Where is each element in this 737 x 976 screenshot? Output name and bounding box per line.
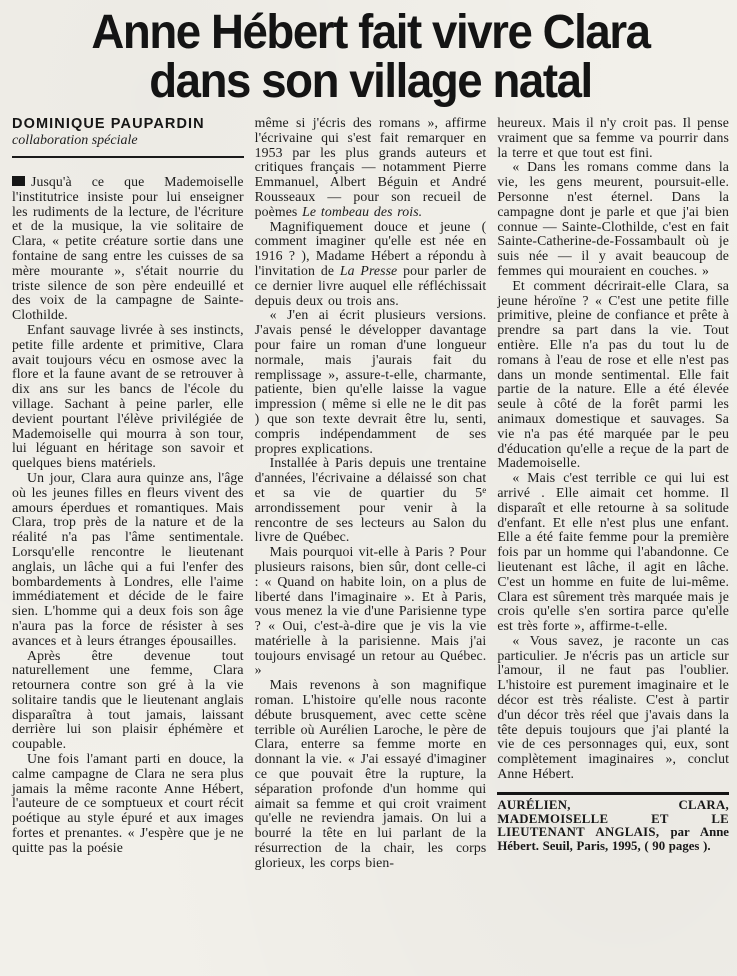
text-run: « J'en ai écrit plusieurs versions. J'av…: [255, 307, 487, 455]
text-run: « Dans les romans comme dans la vie, les…: [497, 159, 729, 278]
text-run: Et comment décrirait-elle Clara, sa jeun…: [497, 278, 729, 471]
article-paragraph: Installée à Paris depuis une trentaine d…: [255, 456, 487, 545]
article-column-3: heureux. Mais il n'y croit pas. Il pense…: [497, 116, 729, 871]
article-paragraph: Une fois l'amant parti en douce, la calm…: [12, 752, 244, 856]
column-3-text: heureux. Mais il n'y croit pas. Il pense…: [497, 116, 729, 782]
text-run: « Mais c'est terrible ce qui lui est arr…: [497, 470, 729, 633]
article-paragraph: Après être devenue tout naturellement un…: [12, 649, 244, 753]
byline-role: collaboration spéciale: [12, 133, 244, 149]
text-run: Un jour, Clara aura quinze ans, l'âge où…: [12, 470, 244, 648]
column-1-text: Jusqu'à ce que Mademoiselle l'institutri…: [12, 175, 244, 856]
text-run: arrondissement pour venir à la rencontre…: [255, 500, 487, 545]
article-column-1: DOMINIQUE PAUPARDIN collaboration spécia…: [12, 116, 244, 871]
text-run: heureux. Mais il n'y croit pas. Il pense…: [497, 115, 729, 160]
text-run: Jusqu'à ce que Mademoiselle l'institutri…: [12, 174, 244, 322]
article-paragraph: « J'en ai écrit plusieurs versions. J'av…: [255, 308, 487, 456]
reference-text: AURÉLIEN, CLARA, MADEMOISELLE ET LE LIEU…: [497, 799, 729, 854]
byline-rule: [12, 156, 244, 158]
article-paragraph: Mais revenons à son magnifique roman. L'…: [255, 678, 487, 870]
article-paragraph: Magnifiquement douce et jeune ( comment …: [255, 220, 487, 309]
text-run: Le tombeau des rois.: [302, 204, 422, 219]
newspaper-page: Anne Hébert fait vivre Clara dans son vi…: [0, 0, 737, 976]
text-run: Après être devenue tout naturellement un…: [12, 648, 244, 752]
article-paragraph: « Vous savez, je raconte un cas particul…: [497, 634, 729, 782]
text-run: Installée à Paris depuis une trentaine d…: [255, 455, 487, 500]
byline-author: DOMINIQUE PAUPARDIN: [12, 116, 244, 132]
article-paragraph: heureux. Mais il n'y croit pas. Il pense…: [497, 116, 729, 160]
text-run: Enfant sauvage livrée à ses instincts, p…: [12, 322, 244, 470]
article-paragraph: Jusqu'à ce que Mademoiselle l'institutri…: [12, 175, 244, 323]
book-reference: AURÉLIEN, CLARA, MADEMOISELLE ET LE LIEU…: [497, 792, 729, 854]
text-run: Mais revenons à son magnifique roman. L'…: [255, 677, 487, 870]
text-run: La Presse: [340, 263, 397, 278]
article-paragraph: même si j'écris des romans », affirme l'…: [255, 116, 487, 220]
article-paragraph: « Dans les romans comme dans la vie, les…: [497, 160, 729, 278]
article-paragraph: Un jour, Clara aura quinze ans, l'âge où…: [12, 471, 244, 649]
article-columns: DOMINIQUE PAUPARDIN collaboration spécia…: [12, 116, 729, 871]
text-run: « Vous savez, je raconte un cas particul…: [497, 633, 729, 781]
column-2-text: même si j'écris des romans », affirme l'…: [255, 116, 487, 871]
text-run: Mais pourquoi vit-elle à Paris ? Pour pl…: [255, 544, 487, 677]
reference-rule: [497, 792, 729, 795]
lead-square-marker: [12, 176, 25, 186]
article-paragraph: Mais pourquoi vit-elle à Paris ? Pour pl…: [255, 545, 487, 678]
text-run: e: [482, 485, 486, 495]
byline-block: DOMINIQUE PAUPARDIN collaboration spécia…: [12, 116, 244, 158]
article-column-2: même si j'écris des romans », affirme l'…: [255, 116, 487, 871]
article-headline: Anne Hébert fait vivre Clara dans son vi…: [12, 8, 729, 106]
text-run: Une fois l'amant parti en douce, la calm…: [12, 751, 244, 855]
article-paragraph: « Mais c'est terrible ce qui lui est arr…: [497, 471, 729, 634]
article-paragraph: Enfant sauvage livrée à ses instincts, p…: [12, 323, 244, 471]
headline-line-2: dans son village natal: [30, 57, 711, 106]
headline-line-1: Anne Hébert fait vivre Clara: [30, 8, 711, 57]
article-paragraph: Et comment décrirait-elle Clara, sa jeun…: [497, 279, 729, 471]
